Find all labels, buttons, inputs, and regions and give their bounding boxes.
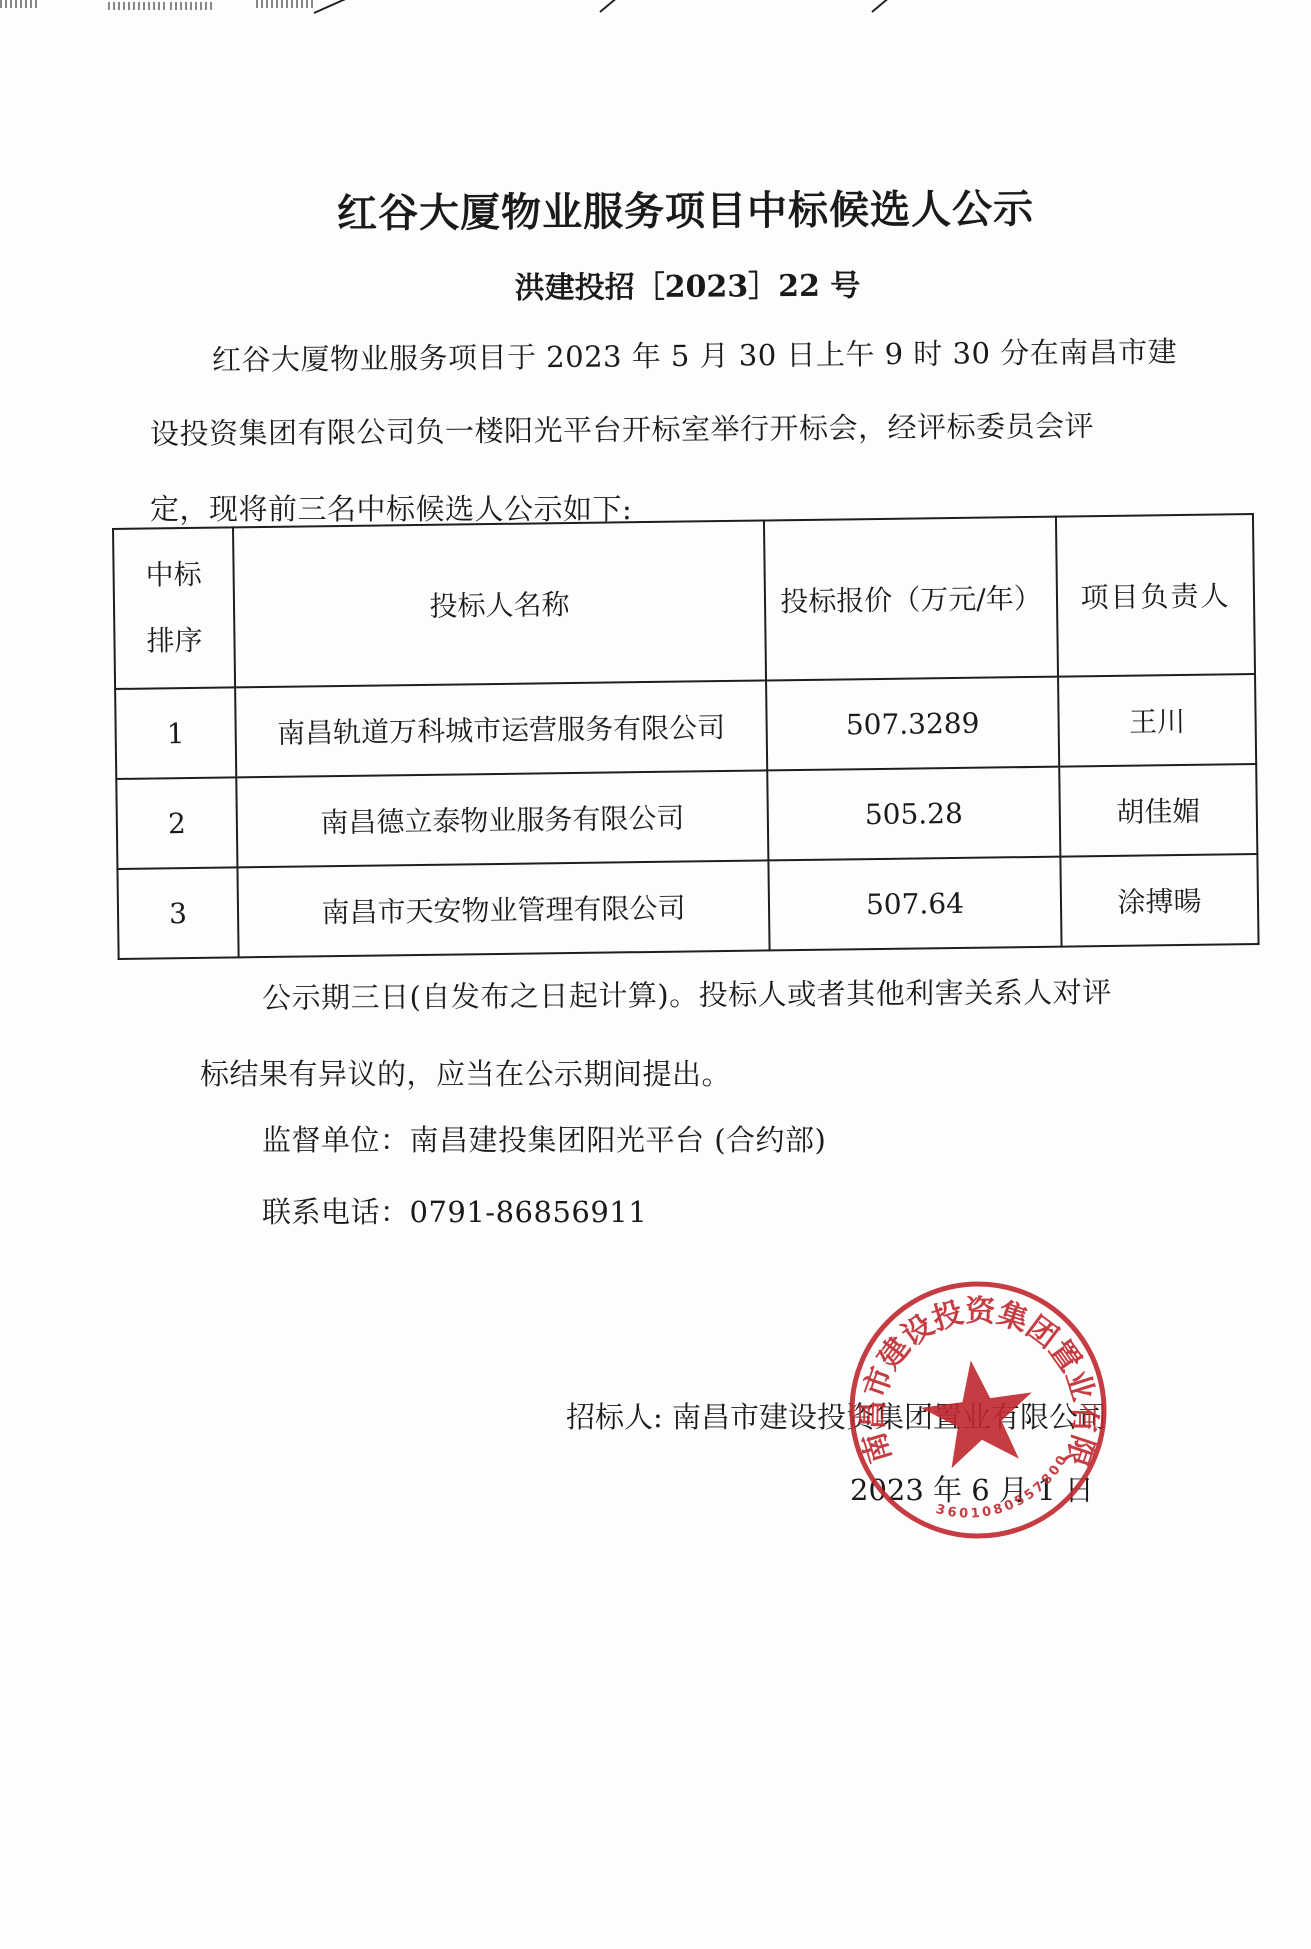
- scan-mark: [0, 0, 40, 8]
- header-price: 投标报价（万元/年）: [764, 517, 1058, 681]
- table-row: 2 南昌德立泰物业服务有限公司 505.28 胡佳媚: [116, 764, 1257, 869]
- document-page: 红谷大厦物业服务项目中标候选人公示 洪建投招［2023］22 号 红谷大厦物业服…: [0, 0, 1311, 1949]
- cell-manager: 王川: [1058, 674, 1256, 767]
- notice-line-1: 公示期三日(自发布之日起计算)。投标人或者其他利害关系人对评: [262, 970, 1112, 1017]
- cell-bidder: 南昌市天安物业管理有限公司: [237, 860, 769, 957]
- header-bidder: 投标人名称: [233, 520, 766, 687]
- header-manager: 项目负责人: [1056, 514, 1255, 677]
- scan-stroke: [871, 0, 892, 13]
- cell-rank: 2: [116, 777, 237, 869]
- table-row: 3 南昌市天安物业管理有限公司 507.64 涂搏暘: [117, 854, 1258, 959]
- header-rank: 中标 排序: [113, 527, 235, 689]
- cell-price: 507.3289: [766, 677, 1059, 771]
- table-header-row: 中标 排序 投标人名称 投标报价（万元/年） 项目负责人: [113, 514, 1255, 689]
- supervisor-line: 监督单位：南昌建投集团阳光平台 (合约部): [262, 1118, 826, 1159]
- star-icon: [915, 1353, 1040, 1472]
- cell-bidder: 南昌德立泰物业服务有限公司: [236, 770, 768, 867]
- scan-stroke: [599, 0, 620, 13]
- notice-line-2: 标结果有异议的，应当在公示期间提出。: [200, 1052, 731, 1093]
- table-row: 1 南昌轨道万科城市运营服务有限公司 507.3289 王川: [115, 674, 1256, 779]
- intro-line-1: 红谷大厦物业服务项目于 2023 年 5 月 30 日上午 9 时 30 分在南…: [212, 330, 1178, 379]
- official-seal: 南昌市建设投资集团置业有限公司 3601080557800: [846, 1278, 1110, 1542]
- document-title: 红谷大厦物业服务项目中标候选人公示: [0, 175, 1311, 241]
- header-rank-line-1: 中标: [114, 541, 233, 609]
- intro-line-2: 设投资集团有限公司负一楼阳光平台开标室举行开标会，经评标委员会评: [150, 404, 1094, 453]
- cell-manager: 涂搏暘: [1060, 854, 1258, 947]
- scan-mark: [108, 2, 166, 10]
- cell-rank: 1: [115, 687, 236, 779]
- scan-mark: [256, 0, 314, 8]
- cell-price: 505.28: [767, 767, 1060, 861]
- header-rank-line-2: 排序: [115, 607, 234, 675]
- cell-rank: 3: [117, 867, 238, 959]
- scan-stroke: [314, 0, 348, 14]
- seal-graphic: 南昌市建设投资集团置业有限公司 3601080557800: [846, 1278, 1110, 1542]
- scan-mark: [170, 2, 212, 10]
- document-number: 洪建投招［2023］22 号: [0, 257, 1311, 310]
- previous-page-fragment: [0, 0, 1311, 14]
- cell-bidder: 南昌轨道万科城市运营服务有限公司: [235, 680, 767, 777]
- contact-phone-line: 联系电话：0791-86856911: [262, 1190, 647, 1231]
- cell-manager: 胡佳媚: [1059, 764, 1257, 857]
- cell-price: 507.64: [768, 857, 1061, 951]
- candidates-table: 中标 排序 投标人名称 投标报价（万元/年） 项目负责人 1 南昌轨道万科城市运…: [112, 513, 1258, 958]
